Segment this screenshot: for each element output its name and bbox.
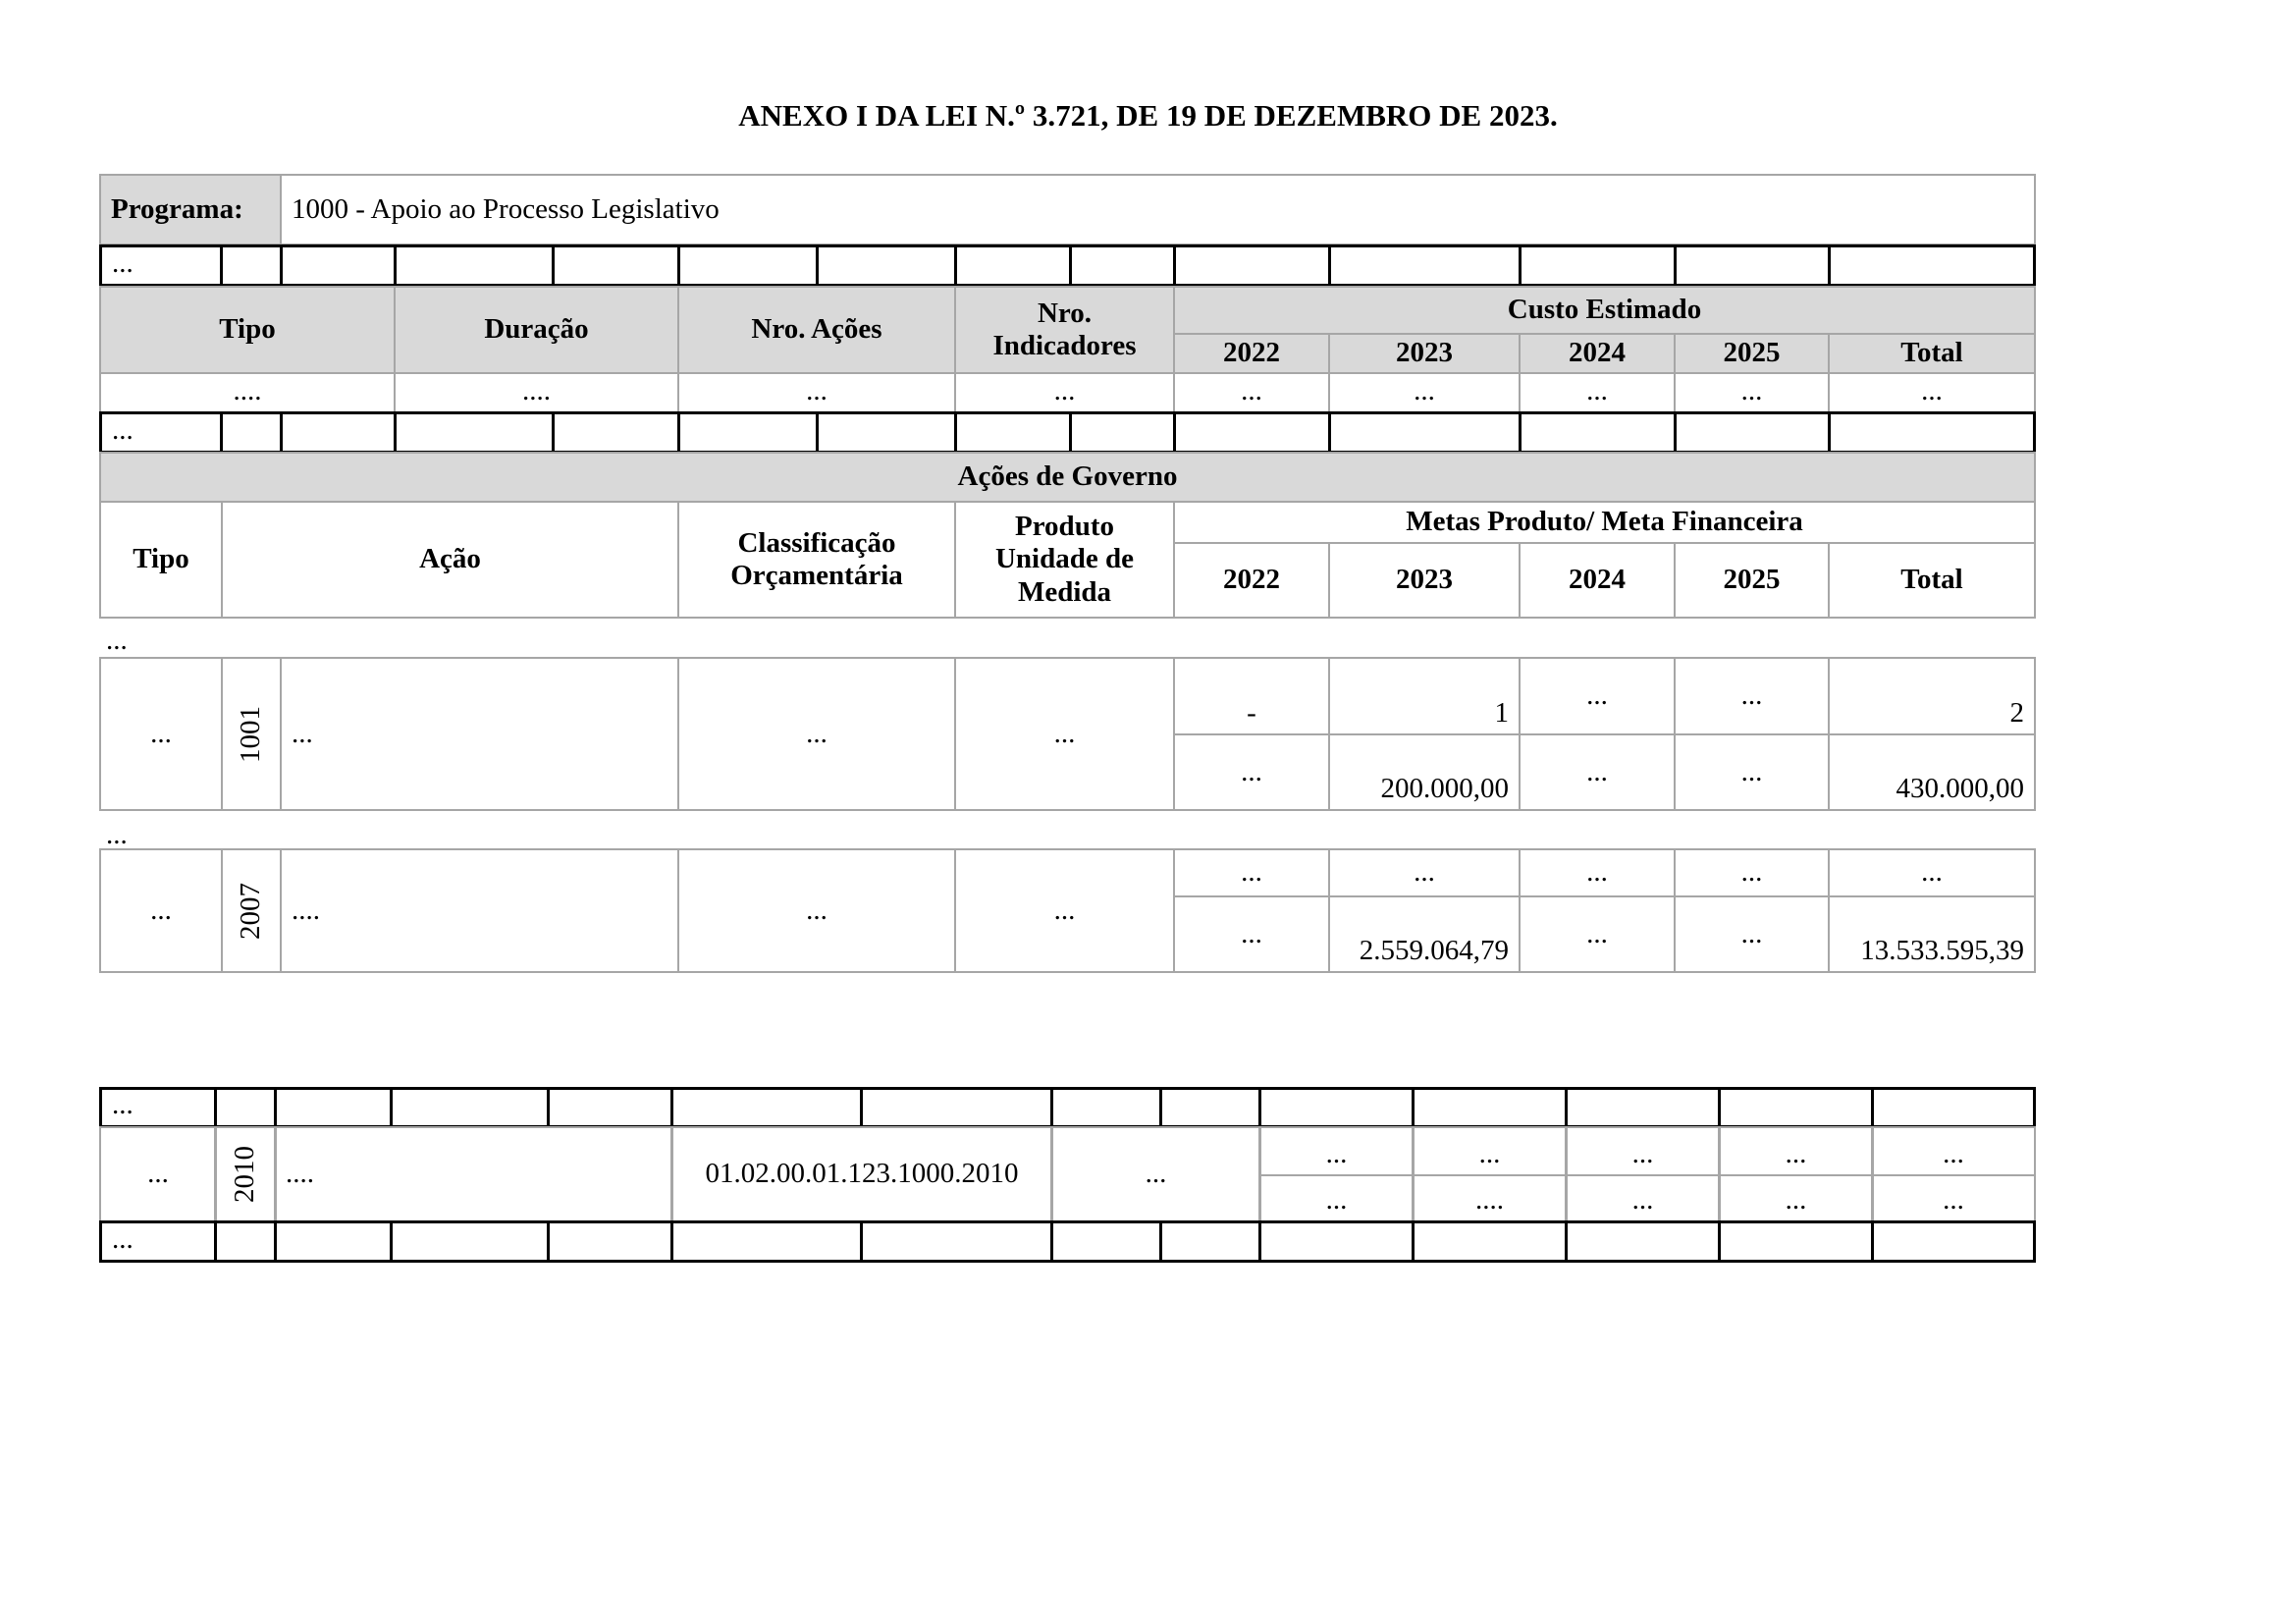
meta-produto: ...: [1519, 848, 1676, 897]
empty-row-cell: [1871, 1220, 2036, 1263]
acao-tipo: ...: [99, 1126, 217, 1222]
header-total: Total: [1828, 333, 2036, 374]
acao-produto: ...: [1050, 1126, 1261, 1222]
value-duracao: ....: [394, 372, 679, 413]
empty-row-cell: [1519, 411, 1677, 454]
acao-codigo-text: 2007: [235, 883, 267, 940]
empty-row-cell: [280, 244, 397, 287]
value-custo: ...: [1173, 372, 1330, 413]
meta-produto: ...: [1674, 848, 1830, 897]
empty-row-cell: [1173, 411, 1331, 454]
empty-row-cell: [1718, 1087, 1874, 1128]
acao-descricao: ...: [280, 657, 679, 811]
meta-produto: ...: [1328, 848, 1521, 897]
meta-produto: ...: [1258, 1126, 1415, 1176]
value-tipo: ....: [99, 372, 396, 413]
meta-financeira: ...: [1519, 733, 1676, 811]
empty-row-cell: [1069, 411, 1176, 454]
empty-row-cell: [1519, 244, 1677, 287]
empty-row-cell: [1258, 1220, 1415, 1263]
value-custo: ...: [1328, 372, 1521, 413]
empty-row-cell: [816, 244, 957, 287]
value-custo: ...: [1674, 372, 1830, 413]
document-title: ANEXO I DA LEI N.º 3.721, DE 19 DE DEZEM…: [0, 98, 2296, 134]
acoes-header-tipo: Tipo: [99, 501, 223, 619]
meta-financeira: ...: [1173, 733, 1330, 811]
empty-row-cell: [547, 1087, 673, 1128]
empty-row-cell: [954, 244, 1072, 287]
empty-row-cell: [1159, 1087, 1261, 1128]
empty-row-cell: [390, 1220, 550, 1263]
acao-produto: ...: [954, 657, 1175, 811]
empty-row-cell: [390, 1087, 550, 1128]
ellipsis-separator: ...: [106, 819, 128, 851]
empty-row-cell: [547, 1220, 673, 1263]
empty-row-cell: [274, 1087, 393, 1128]
empty-row-cell: [677, 411, 819, 454]
empty-row-cell: [280, 411, 397, 454]
empty-row-cell: ...: [99, 1220, 217, 1263]
acao-codigo: 2007: [221, 848, 282, 973]
empty-row-cell: [816, 411, 957, 454]
empty-row-cell: [1258, 1087, 1415, 1128]
acao-codigo-text: 1001: [235, 706, 267, 763]
empty-row-cell: ...: [99, 411, 223, 454]
acao-classificacao: ...: [677, 848, 956, 973]
meta-financeira: ...: [1674, 895, 1830, 973]
empty-row-cell: [1159, 1220, 1261, 1263]
empty-row-cell: [220, 411, 283, 454]
header-year: 2022: [1173, 333, 1330, 374]
empty-row-cell: [1674, 244, 1831, 287]
acao-codigo: 2010: [214, 1126, 277, 1222]
empty-row-cell: [954, 411, 1072, 454]
empty-row-cell: [1565, 1220, 1721, 1263]
empty-row-cell: ...: [99, 1087, 217, 1128]
acoes-header-acao: Ação: [221, 501, 679, 619]
ellipsis-separator: ...: [106, 624, 128, 657]
empty-row-cell: [1828, 244, 2036, 287]
meta-financeira: ...: [1565, 1174, 1721, 1222]
value-nro-acoes: ...: [677, 372, 956, 413]
acoes-header-year: 2022: [1173, 542, 1330, 619]
meta-produto: ...: [1173, 848, 1330, 897]
acao-classificacao: ...: [677, 657, 956, 811]
meta-produto: -: [1173, 657, 1330, 735]
empty-row-cell: [1828, 411, 2036, 454]
acoes-header-year: 2025: [1674, 542, 1830, 619]
empty-row-cell: [214, 1220, 277, 1263]
empty-row-cell: [274, 1220, 393, 1263]
empty-row-cell: [1565, 1087, 1721, 1128]
header-duracao: Duração: [394, 286, 679, 374]
empty-row-cell: [1412, 1087, 1568, 1128]
empty-row-cell: [1173, 244, 1331, 287]
value-custo: ...: [1519, 372, 1676, 413]
programa-label: Programa:: [99, 174, 282, 245]
meta-produto: ...: [1519, 657, 1676, 735]
meta-financeira-total: 430.000,00: [1828, 733, 2036, 811]
acao-codigo-text: 2010: [229, 1146, 261, 1203]
meta-financeira: ...: [1258, 1174, 1415, 1222]
empty-row-cell: [860, 1087, 1053, 1128]
empty-row-cell: [552, 244, 680, 287]
empty-row-cell: [670, 1220, 863, 1263]
meta-produto-total: 2: [1828, 657, 2036, 735]
meta-financeira: ...: [1674, 733, 1830, 811]
meta-financeira: 2.559.064,79: [1328, 895, 1521, 973]
acao-classificacao: 01.02.00.01.123.1000.2010: [670, 1126, 1053, 1222]
empty-row-cell: [670, 1087, 863, 1128]
empty-row-cell: [1718, 1220, 1874, 1263]
header-nro-acoes: Nro. Ações: [677, 286, 956, 374]
acao-produto: ...: [954, 848, 1175, 973]
acao-descricao: ....: [280, 848, 679, 973]
empty-row-cell: [220, 244, 283, 287]
acoes-header-total: Total: [1828, 542, 2036, 619]
empty-row-cell: [677, 244, 819, 287]
meta-financeira: ...: [1718, 1174, 1874, 1222]
acao-tipo: ...: [99, 848, 223, 973]
header-year: 2024: [1519, 333, 1676, 374]
empty-row-cell: [552, 411, 680, 454]
meta-produto: 1: [1328, 657, 1521, 735]
meta-financeira: ....: [1412, 1174, 1568, 1222]
empty-row-cell: [1069, 244, 1176, 287]
header-custo-estimado: Custo Estimado: [1173, 286, 2036, 335]
value-custo-total: ...: [1828, 372, 2036, 413]
empty-row-cell: ...: [99, 244, 223, 287]
empty-row-cell: [860, 1220, 1053, 1263]
meta-financeira-total: 13.533.595,39: [1828, 895, 2036, 973]
value-nro-indicadores: ...: [954, 372, 1175, 413]
empty-row-cell: [394, 411, 555, 454]
empty-row-cell: [214, 1087, 277, 1128]
empty-row-cell: [1328, 244, 1522, 287]
acao-codigo: 1001: [221, 657, 282, 811]
meta-produto: ...: [1674, 657, 1830, 735]
acoes-header-classificacao: Classificação Orçamentária: [677, 501, 956, 619]
empty-row-cell: [1050, 1220, 1162, 1263]
empty-row-cell: [394, 244, 555, 287]
acoes-de-governo-band: Ações de Governo: [99, 452, 2036, 503]
meta-financeira: ...: [1173, 895, 1330, 973]
acoes-header-year: 2023: [1328, 542, 1521, 619]
acoes-header-produto: Produto Unidade de Medida: [954, 501, 1175, 619]
programa-value: 1000 - Apoio ao Processo Legislativo: [280, 174, 2036, 245]
empty-row-cell: [1328, 411, 1522, 454]
meta-financeira: ...: [1519, 895, 1676, 973]
empty-row-cell: [1412, 1220, 1568, 1263]
acao-descricao: ....: [274, 1126, 673, 1222]
acoes-header-year: 2024: [1519, 542, 1676, 619]
header-year: 2025: [1674, 333, 1830, 374]
header-tipo: Tipo: [99, 286, 396, 374]
acao-tipo: ...: [99, 657, 223, 811]
meta-produto: ...: [1565, 1126, 1721, 1176]
empty-row-cell: [1871, 1087, 2036, 1128]
meta-produto: ...: [1412, 1126, 1568, 1176]
empty-row-cell: [1050, 1087, 1162, 1128]
header-year: 2023: [1328, 333, 1521, 374]
acoes-header-metas: Metas Produto/ Meta Financeira: [1173, 501, 2036, 544]
meta-produto-total: ...: [1828, 848, 2036, 897]
header-nro-indicadores: Nro. Indicadores: [954, 286, 1175, 374]
meta-financeira-total: ...: [1871, 1174, 2036, 1222]
empty-row-cell: [1674, 411, 1831, 454]
meta-produto: ...: [1718, 1126, 1874, 1176]
meta-financeira: 200.000,00: [1328, 733, 1521, 811]
meta-produto-total: ...: [1871, 1126, 2036, 1176]
